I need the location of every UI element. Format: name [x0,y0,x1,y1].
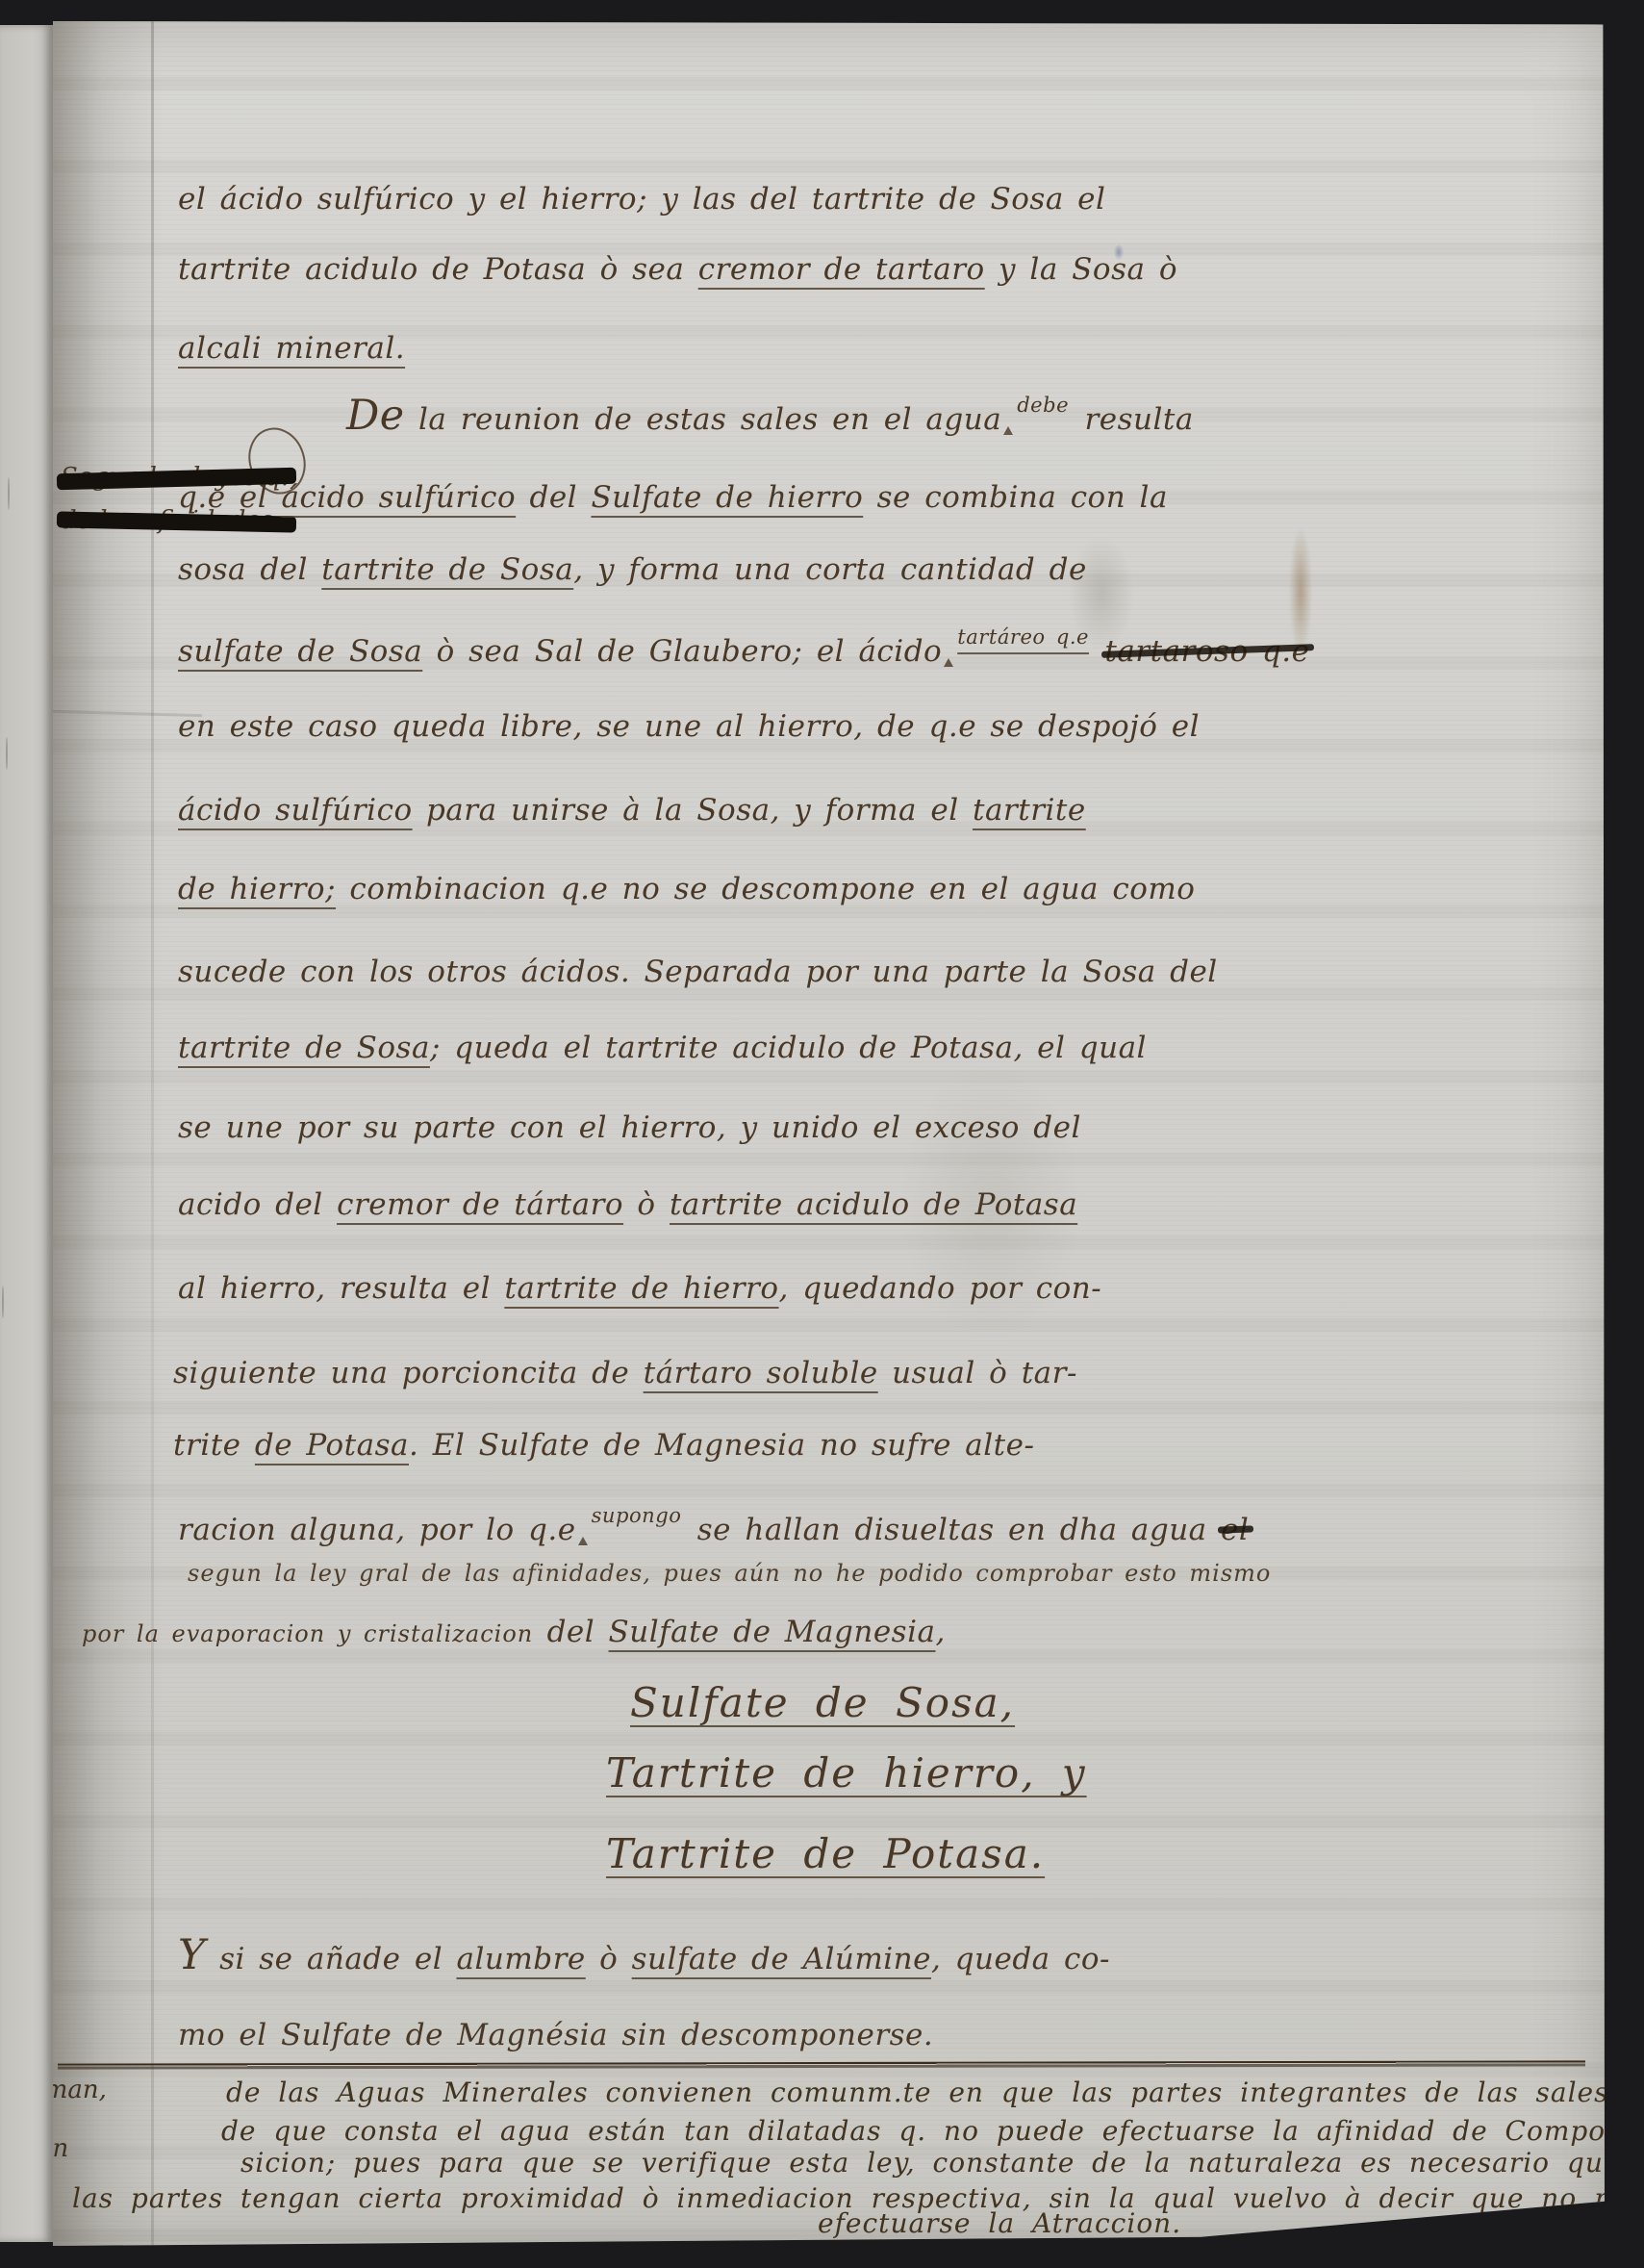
text-segment: , [936,1615,946,1649]
text-line-L20: por la evaporacion y cristalizacion del … [82,1611,946,1655]
text-segment: cremor de tartaro [698,252,985,287]
manuscript-page: Segun las leyes q. de las afinidades yma… [53,21,1605,2246]
text-segment: tartrite de Sosa [178,1031,430,1065]
text-line-L10: de hierro; combinacion q.e no se descomp… [178,868,1195,910]
text-line-B5: efectuarse la Atraccion. [818,2207,1181,2240]
text-layer: el ácido sulfúrico y el hierro; y las de… [53,21,1605,2246]
text-segment: q.e el [178,480,282,515]
text-segment: , quedando por con- [779,1271,1102,1306]
text-segment: Sulfate de hierro [591,480,863,515]
text-segment: de las Aguas Minerales convienen comunm.… [226,2077,1605,2108]
text-segment: tártaro soluble [644,1356,878,1390]
text-segment: De [346,392,405,440]
text-segment: usual ò tar- [878,1356,1077,1390]
bleedthrough-mark [8,477,10,510]
text-line-L1: el ácido sulfúrico y el hierro; y las de… [178,178,1105,220]
text-line-L14: acido del cremor de tártaro ò tartrite a… [178,1184,1077,1226]
text-segment: sucede con los otros ácidos. Separada po… [178,955,1218,989]
scan-backdrop: { "meta": { "kind": "handwritten-manuscr… [0,0,1644,2268]
text-line-L4: De la reunion de estas sales en el aguad… [346,395,1194,444]
text-line-L13: se une por su parte con el hierro, y uni… [178,1107,1081,1149]
text-segment: ò [623,1187,670,1222]
text-line-L15: al hierro, resulta el tartrite de hierro… [178,1267,1101,1310]
bleedthrough-mark [2,1286,4,1318]
text-line-L19: segun la ley gral de las afinidades, pue… [188,1558,1271,1589]
text-segment: ; queda el tartrite acidulo de Potasa, e… [430,1031,1147,1065]
text-segment: se hallan disueltas en dha agua [683,1513,1221,1547]
text-line-B1: de las Aguas Minerales convienen comunm.… [226,2077,1605,2109]
text-segment: sicion; pues para que se verifique esta … [240,2147,1605,2179]
text-segment: alcali mineral. [178,331,405,366]
text-segment: ácido sulfúrico [178,793,413,828]
text-segment: alumbre [456,1942,585,1976]
text-line-L23: Tartrite de Potasa. [606,1827,1045,1881]
text-segment: al hierro, resulta el [178,1271,504,1306]
text-line-L9: ácido sulfúrico para unirse à la Sosa, y… [178,789,1086,831]
text-line-L3: alcali mineral. [178,327,405,370]
text-segment: combinacion q.e no se descompone en el a… [336,872,1195,906]
text-segment: del [516,480,591,515]
text-segment: Sulfate de Magnesia [609,1615,936,1649]
text-line-L22: Tartrite de hierro, y [606,1746,1087,1800]
text-segment: se une por su parte con el hierro, y uni… [178,1110,1081,1145]
caret-mark [1003,426,1013,435]
text-segment: tartrite de Sosa [321,552,573,587]
text-segment: tartáreo q.e [957,616,1089,658]
text-line-L7: sulfate de Sosa ò sea Sal de Glaubero; e… [178,630,1310,675]
text-segment: del [533,1615,608,1649]
text-segment: resulta [1071,402,1194,437]
text-segment: tartrite acidulo de Potasa ò sea [178,252,698,287]
text-line-L8: en este caso queda libre, se une al hier… [178,705,1200,748]
text-segment: ò [586,1942,632,1976]
text-line-L11: sucede con los otros ácidos. Separada po… [178,951,1218,993]
text-segment: de Potasa [255,1428,409,1463]
text-segment: sulfate de Alúmine [632,1942,931,1976]
text-line-L24: Y si se añade el alumbre ò sulfate de Al… [178,1934,1110,1980]
text-segment: Tartrite de Potasa. [606,1830,1045,1877]
text-line-L2: tartrite acidulo de Potasa ò sea cremor … [178,248,1177,291]
text-segment: supongo [592,1494,682,1537]
text-line-L6: sosa del tartrite de Sosa, y forma una c… [178,548,1087,591]
text-line-L5: q.e el ácido sulfúrico del Sulfate de hi… [178,476,1168,519]
text-segment: de hierro; [178,872,336,906]
text-segment: para unirse à la Sosa, y forma el [413,793,973,828]
adjacent-page-edge [0,25,53,2242]
text-segment: en este caso queda libre, se une al hier… [178,709,1200,744]
bleedthrough-mark [6,737,8,770]
text-segment: la reunion de estas sales en el agua [405,402,1002,437]
text-segment: el ácido sulfúrico y el hierro; y las de… [178,182,1105,217]
caret-mark [578,1537,588,1545]
text-segment: . El Sulfate de Magnesia no sufre alte- [409,1428,1034,1463]
text-segment: el [1221,1513,1249,1547]
text-segment: siguiente una porcioncita de [173,1356,644,1390]
text-segment: acido del [178,1187,337,1222]
text-segment: , queda co- [931,1942,1110,1976]
text-segment: y la Sosa ò [985,252,1177,287]
text-segment: racion alguna, por lo q.e [178,1513,576,1547]
text-segment: ácido sulfúrico [282,480,517,515]
text-segment: Y [178,1931,206,1979]
text-segment: sulfate de Sosa [178,634,422,669]
text-line-L21: Sulfate de Sosa, [630,1676,1015,1730]
text-segment: ò sea Sal de Glaubero; el ácido [422,634,942,669]
text-segment: tartrite de hierro [504,1271,778,1306]
text-line-L18: racion alguna, por lo q.esupongo se hall… [178,1509,1249,1554]
text-segment: segun la ley gral de las afinidades, pue… [188,1560,1271,1587]
text-segment: debe [1017,384,1069,426]
text-segment: efectuarse la Atraccion. [818,2207,1181,2239]
text-segment: , y forma una corta cantidad de [573,552,1087,587]
text-segment: sosa del [178,552,321,587]
text-segment: de que consta el agua están tan dilatada… [221,2115,1605,2147]
text-segment: tartaroso q.e [1104,634,1309,669]
text-segment: si se añade el [206,1942,457,1976]
text-segment: tartrite acidulo de Potasa [670,1187,1077,1222]
text-segment: por la evaporacion y cristalizacion [82,1620,533,1647]
text-segment: Tartrite de hierro, y [606,1749,1087,1797]
text-line-L16: siguiente una porcioncita de tártaro sol… [173,1352,1077,1394]
text-segment: trite [173,1428,255,1463]
text-segment: mo el Sulfate de Magnésia sin descompone… [178,2018,933,2052]
text-line-B2: de que consta el agua están tan dilatada… [221,2115,1605,2148]
text-line-B3: sicion; pues para que se verifique esta … [240,2147,1605,2179]
text-line-L12: tartrite de Sosa; queda el tartrite acid… [178,1027,1147,1069]
text-segment: cremor de tártaro [337,1187,623,1222]
text-line-L25: mo el Sulfate de Magnésia sin descompone… [178,2014,933,2056]
caret-mark [944,658,953,667]
text-segment: Sulfate de Sosa, [630,1679,1015,1726]
text-segment: se combina con la [863,480,1168,515]
text-line-L17: trite de Potasa. El Sulfate de Magnesia … [173,1424,1034,1466]
text-segment: tartrite [973,793,1086,828]
